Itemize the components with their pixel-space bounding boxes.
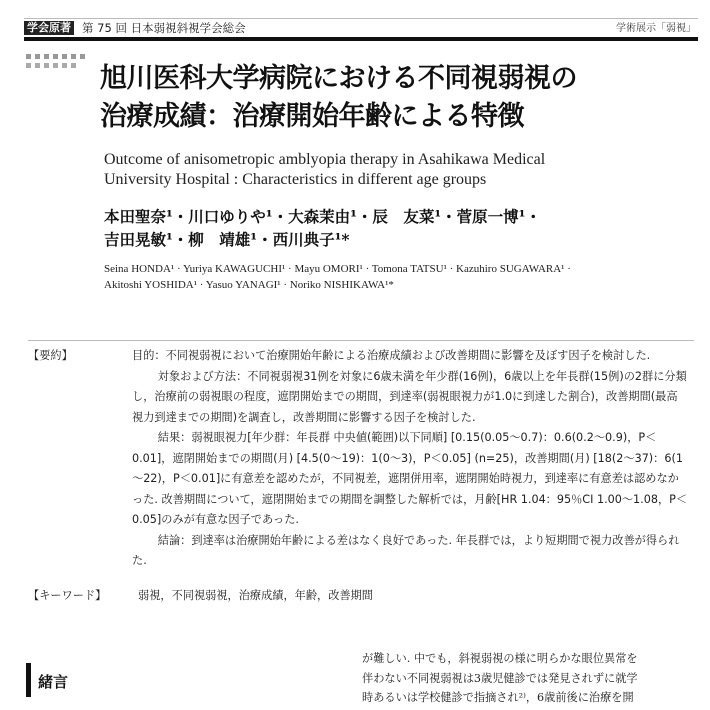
conference-name: 第 75 回 日本弱視斜視学会総会 <box>82 21 246 35</box>
body-line-3: 時あるいは学校健診で指摘され²⁾，6歳前後に治療を開 <box>362 688 698 708</box>
title-line-2: 治療成績：治療開始年齢による特徴 <box>100 98 700 136</box>
abstract-purpose: 目的：不同視弱視において治療開始年齢による治療成績および改善期間に影響を及ぼす因… <box>132 346 688 367</box>
article-title: 旭川医科大学病院における不同視弱視の 治療成績：治療開始年齢による特徴 <box>100 60 700 136</box>
abstract-label: 【要約】 <box>28 346 73 367</box>
authors-jp-line-2: 吉田晃敏¹・柳 靖雄¹・西川典子¹* <box>104 228 694 251</box>
keywords: 【キーワード】弱視，不同視弱視，治療成績，年齢，改善期間 <box>28 587 373 605</box>
english-title: Outcome of anisometropic amblyopia thera… <box>104 150 694 190</box>
abstract-conclusion: 結論：到達率は治療開始年齢による差はなく良好であった. 年長群では，より短期間で… <box>132 531 688 572</box>
title-line-1: 旭川医科大学病院における不同視弱視の <box>100 60 700 98</box>
abstract-methods: 対象および方法：不同視弱視31例を対象に6歳未満を年少群(16例)，6歳以上を年… <box>132 367 688 429</box>
section-label: 学術展示「弱視」 <box>616 22 696 35</box>
abstract-results: 結果：弱視眼視力[年少群：年長群 中央値(範囲)以下同順] [0.15(0.05… <box>132 428 688 531</box>
body-line-1: が難しい. 中でも，斜視弱視の様に明らかな眼位異常を <box>362 649 698 669</box>
authors-japanese: 本田聖奈¹・川口ゆりや¹・大森茉由¹・辰 友菜¹・菅原一博¹・ 吉田晃敏¹・柳 … <box>104 205 694 251</box>
english-title-line-1: Outcome of anisometropic amblyopia thera… <box>104 150 694 170</box>
authors-jp-line-1: 本田聖奈¹・川口ゆりや¹・大森茉由¹・辰 友菜¹・菅原一博¹・ <box>104 205 694 228</box>
section-divider <box>28 340 694 341</box>
journal-header: 学会原著 第 75 回 日本弱視斜視学会総会 学術展示「弱視」 <box>24 18 698 37</box>
authors-english: Seina HONDA¹ · Yuriya KAWAGUCHI¹ · Mayu … <box>104 261 694 293</box>
section-marker-bar <box>26 663 31 697</box>
decorative-dots-row2 <box>26 53 80 72</box>
abstract-body: 目的：不同視弱視において治療開始年齢による治療成績および改善期間に影響を及ぼす因… <box>132 346 688 572</box>
introduction-heading: 緒言 <box>38 671 68 692</box>
authors-en-line-2: Akitoshi YOSHIDA¹ · Yasuo YANAGI¹ · Nori… <box>104 277 694 293</box>
english-title-line-2: University Hospital : Characteristics in… <box>104 170 694 190</box>
header-rule <box>24 37 698 41</box>
keywords-list: 弱視，不同視弱視，治療成績，年齢，改善期間 <box>138 589 373 602</box>
article-type-tag: 学会原著 <box>24 21 74 35</box>
authors-en-line-1: Seina HONDA¹ · Yuriya KAWAGUCHI¹ · Mayu … <box>104 261 694 277</box>
body-column-right: が難しい. 中でも，斜視弱視の様に明らかな眼位異常を 伴わない不同視弱視は3歳児… <box>362 649 698 708</box>
abstract-purpose-text: 目的：不同視弱視において治療開始年齢による治療成績および改善期間に影響を及ぼす因… <box>132 349 650 362</box>
body-line-2: 伴わない不同視弱視は3歳児健診では発見されずに就学 <box>362 669 698 689</box>
keywords-label: 【キーワード】 <box>28 587 138 605</box>
